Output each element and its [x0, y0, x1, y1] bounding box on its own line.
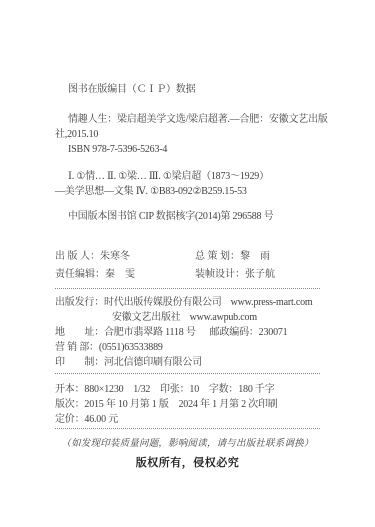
format-line: 开本：880×1230 1/32 印张：10 字数：180 千字 [55, 382, 320, 397]
staff-row-2: 责任编辑：秦 雯 装帧设计：张子航 [55, 266, 320, 284]
postcode-value: 230071 [259, 327, 288, 338]
isbn-line: ISBN 978-7-5396-5263-4 [55, 142, 320, 157]
distribution-url: www.press-mart.com [231, 297, 313, 308]
dotted-divider-3 [55, 428, 320, 429]
marketing-label: 营 销 部： [55, 342, 99, 353]
marketing-phone: (0551)63533889 [99, 342, 163, 353]
price-line: 定价：46.00 元 [55, 412, 320, 427]
postcode-group: 邮政编码：230071 [210, 327, 288, 338]
responsible-editor-name: 秦 雯 [105, 269, 135, 280]
cip-record-number: 中国版本图书馆 CIP 数据核字(2014)第 296588 号 [55, 209, 320, 224]
chief-planner-name: 黎 雨 [240, 251, 270, 262]
publisher-person-cell: 出 版 人：朱寒冬 [55, 248, 195, 266]
address-label: 地 址： [55, 327, 104, 338]
distribution-line: 出版发行：时代出版传媒股份有限公司www.press-mart.com [55, 295, 320, 310]
cip-entry-block: 情趣人生：梁启超美学文选/梁启超著.—合肥：安徽文艺出版 社,2015.10 I… [55, 112, 320, 157]
postcode-label: 邮政编码： [210, 327, 259, 338]
classification-line1: Ⅰ. ①情… Ⅱ. ①梁… Ⅲ. ①梁启超（1873～1929） [55, 169, 320, 184]
marketing-line: 营 销 部：(0551)63533889 [55, 340, 320, 355]
printer-label: 印 制： [55, 357, 104, 368]
responsible-editor-cell: 责任编辑：秦 雯 [55, 266, 195, 284]
publisher-person-label: 出 版 人： [55, 251, 100, 262]
edition-line: 版次：2015 年 10 月第 1 版 2024 年 1 月第 2 次印刷 [55, 397, 320, 412]
book-copyright-page: 图书在版编目（ＣＩＰ）数据 情趣人生：梁启超美学文选/梁启超著.—合肥：安徽文艺… [0, 0, 375, 527]
cip-header: 图书在版编目（ＣＩＰ）数据 [55, 82, 320, 97]
chief-planner-label: 总 策 划： [195, 251, 240, 262]
binding-designer-name: 张子航 [245, 269, 275, 280]
binding-designer-cell: 装帧设计：张子航 [195, 266, 275, 284]
dotted-divider-2 [55, 373, 320, 374]
copyright-notice: 版权所有，侵权必究 [55, 455, 320, 471]
printer-line: 印 制：河北信德印刷有限公司 [55, 355, 320, 370]
distribution-company: 时代出版传媒股份有限公司 [104, 297, 222, 308]
publishing-block: 出版发行：时代出版传媒股份有限公司www.press-mart.com 安徽文艺… [55, 295, 320, 370]
staff-row-1: 出 版 人：朱寒冬 总 策 划：黎 雨 [55, 248, 320, 266]
dotted-divider-1 [55, 288, 320, 289]
press-name: 安徽文艺出版社 [112, 312, 181, 323]
printer-name: 河北信德印刷有限公司 [104, 357, 202, 368]
press-url: www.awpub.com [190, 312, 257, 323]
binding-designer-label: 装帧设计： [195, 269, 245, 280]
press-line: 安徽文艺出版社www.awpub.com [55, 310, 320, 325]
print-info-block: 开本：880×1230 1/32 印张：10 字数：180 千字 版次：2015… [55, 382, 320, 427]
cip-entry-line2: 社,2015.10 [55, 127, 320, 142]
chief-planner-cell: 总 策 划：黎 雨 [195, 248, 270, 266]
address-value: 合肥市翡翠路 1118 号 [104, 327, 196, 338]
publisher-person-name: 朱寒冬 [100, 251, 130, 262]
cip-entry-line1: 情趣人生：梁启超美学文选/梁启超著.—合肥：安徽文艺出版 [55, 112, 320, 127]
classification-line2: —美学思想—文集 Ⅳ. ①B83-092②B259.15-53 [55, 184, 320, 199]
responsible-editor-label: 责任编辑： [55, 269, 105, 280]
address-line: 地 址：合肥市翡翠路 1118 号邮政编码：230071 [55, 325, 320, 340]
distribution-label: 出版发行： [55, 297, 104, 308]
quality-note: （如发现印装质量问题，影响阅读，请与出版社联系调换） [55, 437, 320, 451]
staff-block: 出 版 人：朱寒冬 总 策 划：黎 雨 责任编辑：秦 雯 装帧设计：张子航 [55, 248, 320, 284]
cip-classification-block: Ⅰ. ①情… Ⅱ. ①梁… Ⅲ. ①梁启超（1873～1929） —美学思想—文… [55, 169, 320, 199]
